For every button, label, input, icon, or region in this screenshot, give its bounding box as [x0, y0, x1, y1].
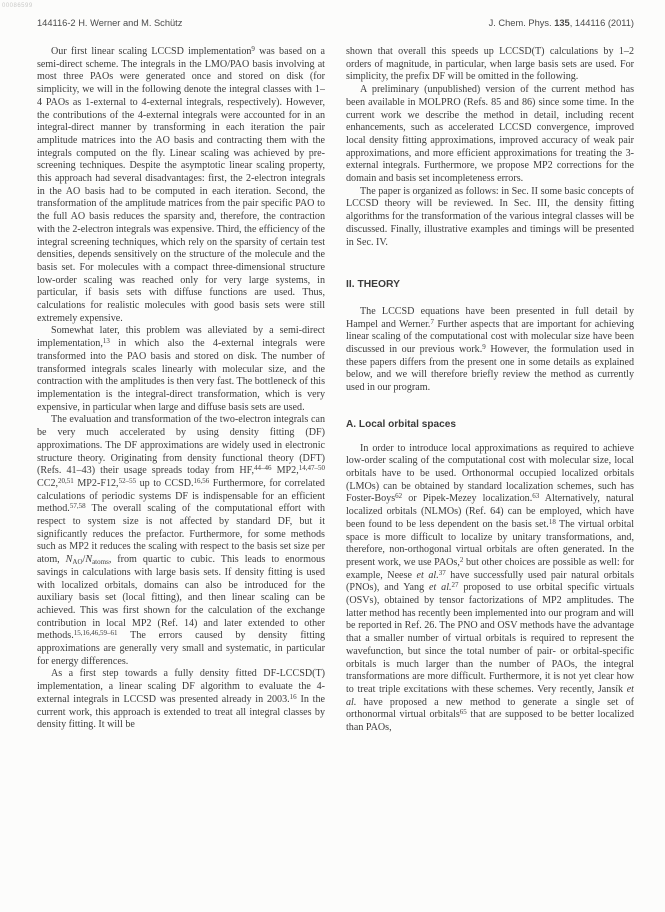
- paragraph: In order to introduce local approximatio…: [346, 443, 634, 735]
- paragraph: The evaluation and transformation of the…: [37, 414, 325, 668]
- left-column: Our first linear scaling LCCSD implement…: [37, 46, 325, 904]
- section-heading: II. THEORY: [346, 279, 634, 292]
- running-header: 144116-2 H. Werner and M. Schütz J. Chem…: [37, 18, 634, 28]
- journal-page: 00086599 144116-2 H. Werner and M. Schüt…: [0, 0, 665, 912]
- paragraph: The paper is organized as follows: in Se…: [346, 186, 634, 250]
- journal-citation: J. Chem. Phys. 135, 144116 (2011): [489, 18, 634, 28]
- journal-name: J. Chem. Phys.: [489, 18, 555, 28]
- paragraph: shown that overall this speeds up LCCSD(…: [346, 46, 634, 84]
- page-number-label: 144116-2: [37, 18, 76, 28]
- paragraph: Somewhat later, this problem was allevia…: [37, 325, 325, 414]
- authors-label: H. Werner and M. Schütz: [78, 18, 182, 28]
- journal-issue-year: , 144116 (2011): [570, 18, 634, 28]
- subsection-heading: A. Local orbital spaces: [346, 419, 634, 432]
- paragraph: A preliminary (unpublished) version of t…: [346, 84, 634, 186]
- paragraph: Our first linear scaling LCCSD implement…: [37, 46, 325, 325]
- paragraph: As a first step towards a fully density …: [37, 668, 325, 732]
- scan-watermark: 00086599: [2, 3, 33, 9]
- two-column-body: Our first linear scaling LCCSD implement…: [37, 46, 634, 904]
- journal-volume: 135: [554, 18, 570, 28]
- right-column: shown that overall this speeds up LCCSD(…: [346, 46, 634, 904]
- header-left: 144116-2 H. Werner and M. Schütz: [37, 18, 182, 28]
- paragraph: The LCCSD equations have been presented …: [346, 306, 634, 395]
